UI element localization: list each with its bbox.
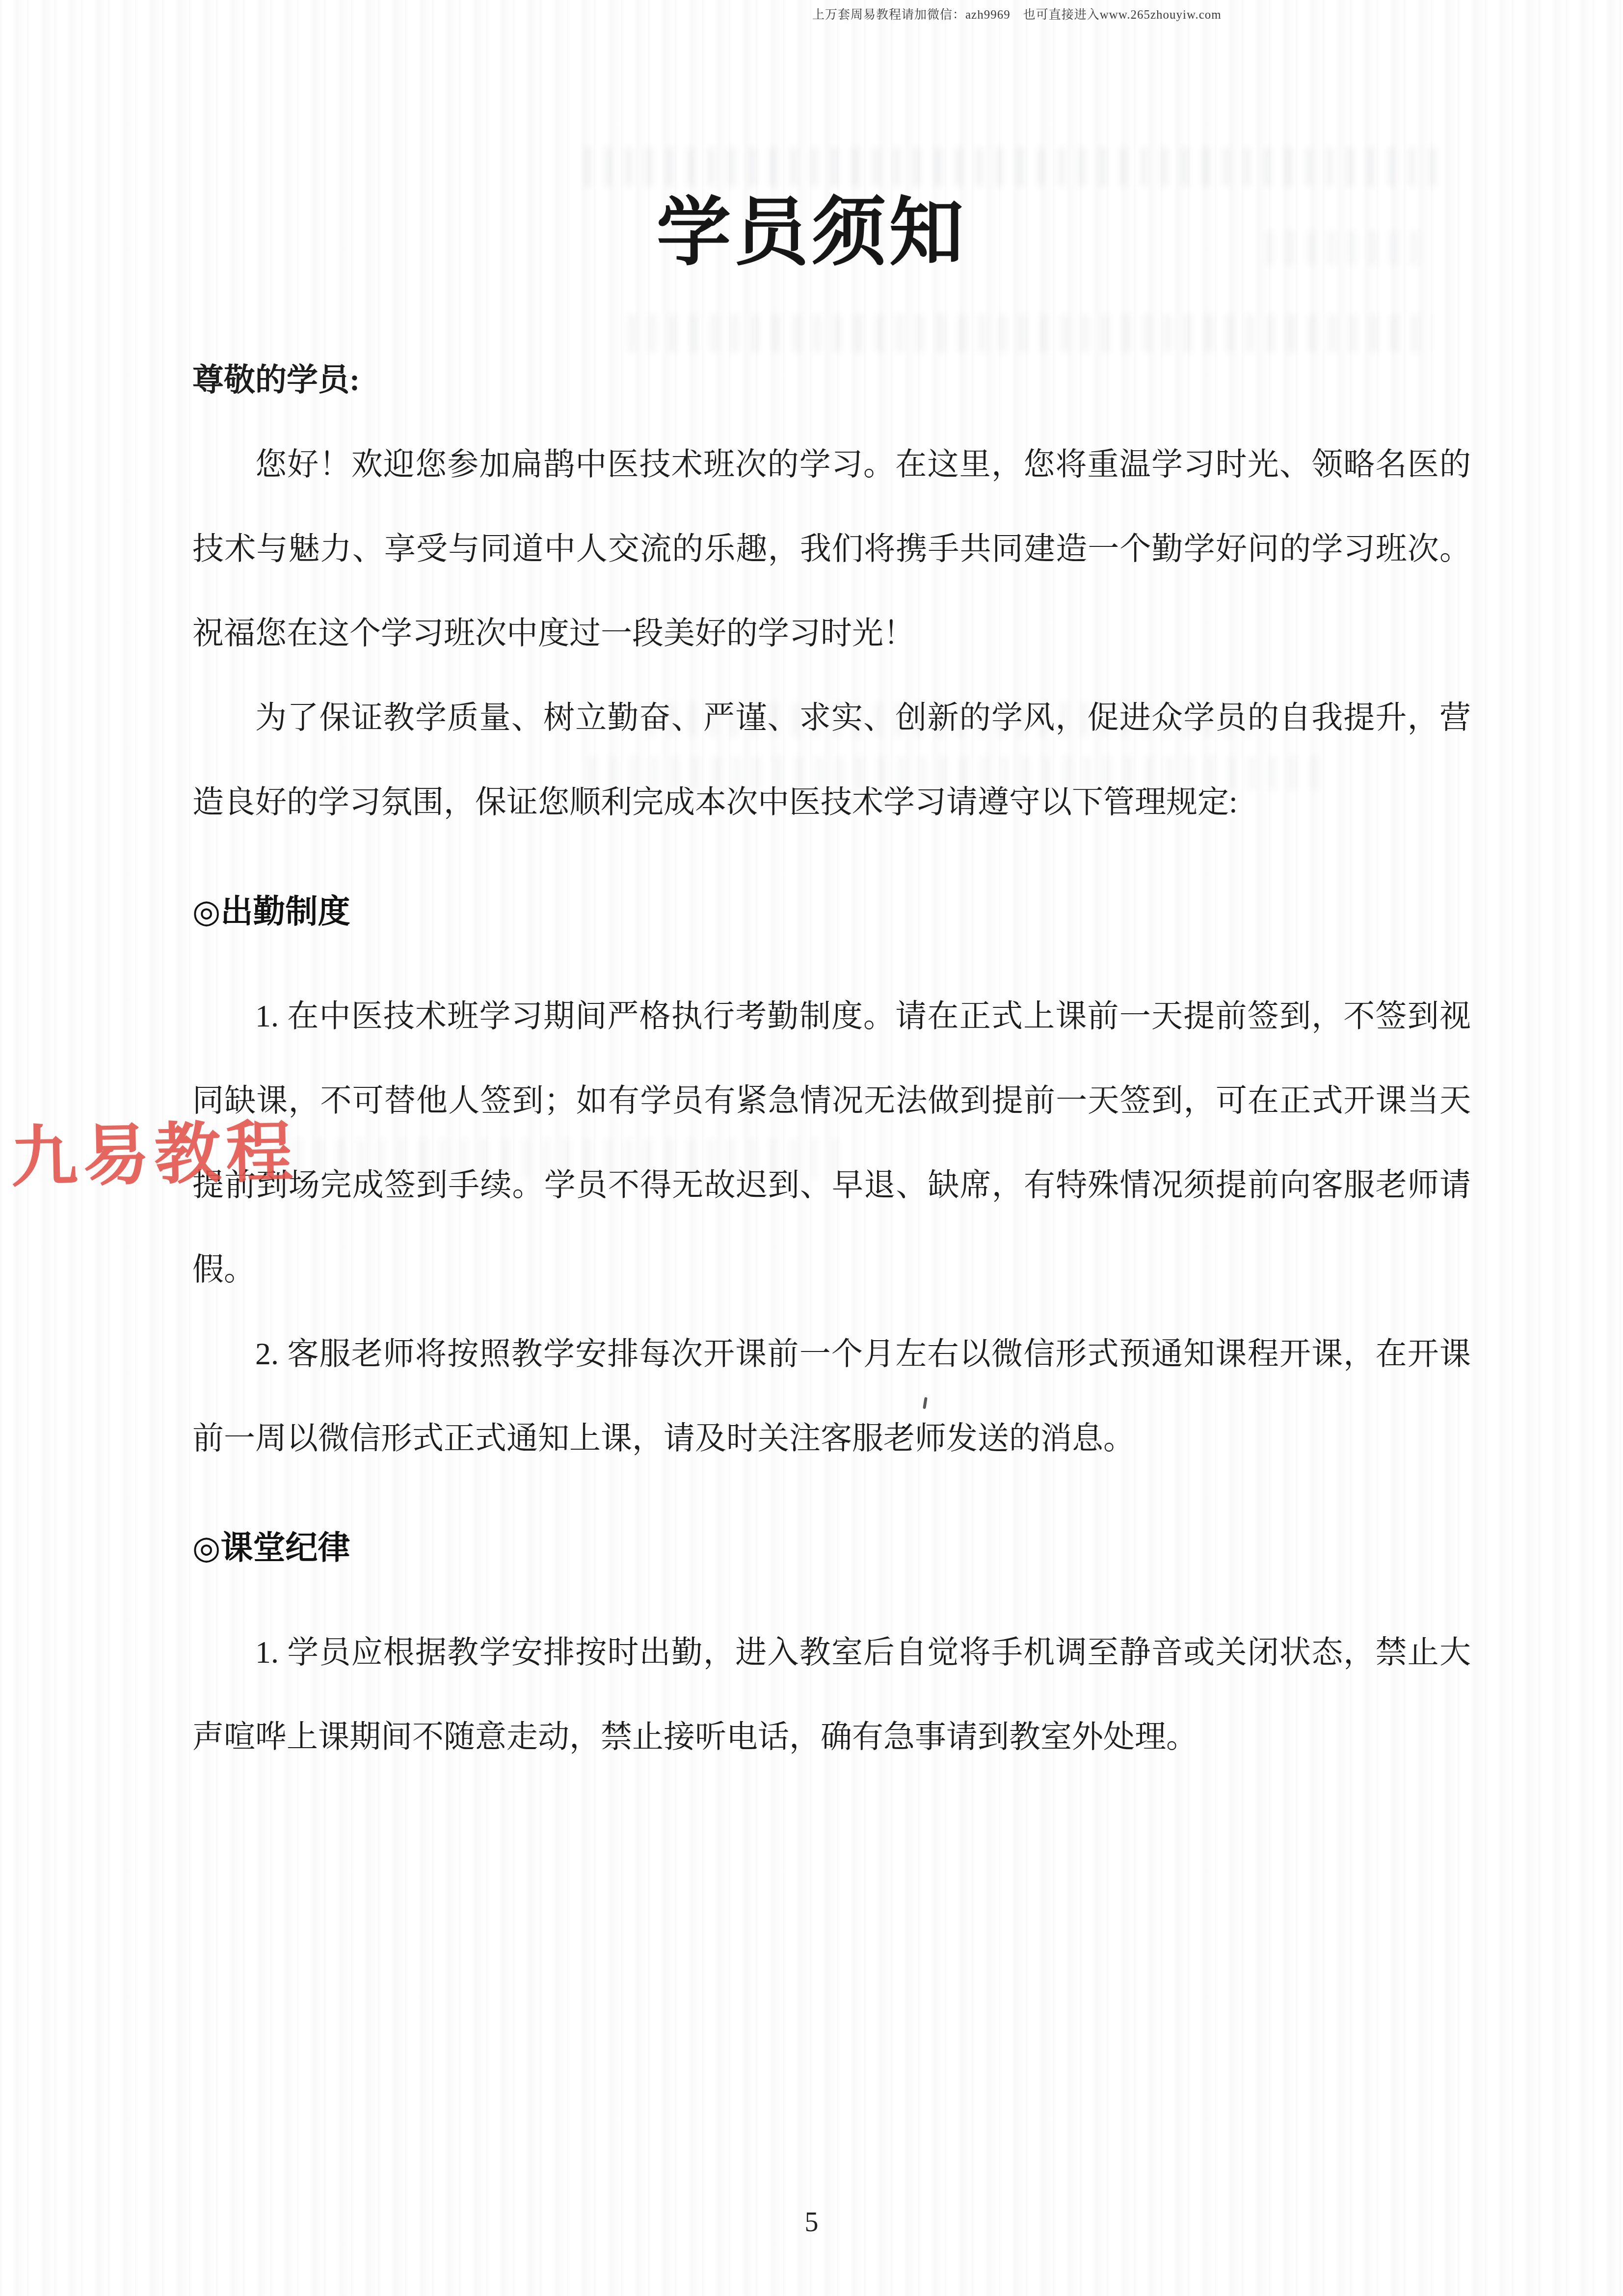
document-page: 上万套周易教程请加微信：azh9969 也可直接进入www.265zhouyiw…: [0, 0, 1623, 2296]
intro-paragraph: 为了保证教学质量、树立勤奋、严谨、求实、创新的学风，促进众学员的自我提升，营造良…: [192, 675, 1471, 844]
section-heading-classroom-discipline: ◎课堂纪律: [192, 1506, 1471, 1591]
document-body: 尊敬的学员: 您好！欢迎您参加扁鹊中医技术班次的学习。在这里，您将重温学习时光、…: [192, 338, 1471, 1779]
rule-paragraph: 2. 客服老师将按照教学安排每次开课前一个月左右以微信形式预通知课程开课，在开课…: [192, 1312, 1471, 1481]
header-promo-note: 上万套周易教程请加微信：azh9969 也可直接进入www.265zhouyiw…: [812, 5, 1222, 23]
page-title: 学员须知: [0, 0, 1623, 280]
rule-paragraph: 1. 在中医技术班学习期间严格执行考勤制度。请在正式上课前一天提前签到，不签到视…: [192, 974, 1471, 1312]
intro-paragraph: 您好！欢迎您参加扁鹊中医技术班次的学习。在这里，您将重温学习时光、领略名医的技术…: [192, 422, 1471, 675]
rule-paragraph: 1. 学员应根据教学安排按时出勤，进入教室后自觉将手机调至静音或关闭状态，禁止大…: [192, 1610, 1471, 1779]
section-heading-attendance: ◎出勤制度: [192, 870, 1471, 954]
page-number: 5: [0, 2207, 1623, 2238]
red-watermark: 九易教程: [10, 1098, 298, 1200]
salutation-line: 尊敬的学员:: [192, 338, 1471, 422]
